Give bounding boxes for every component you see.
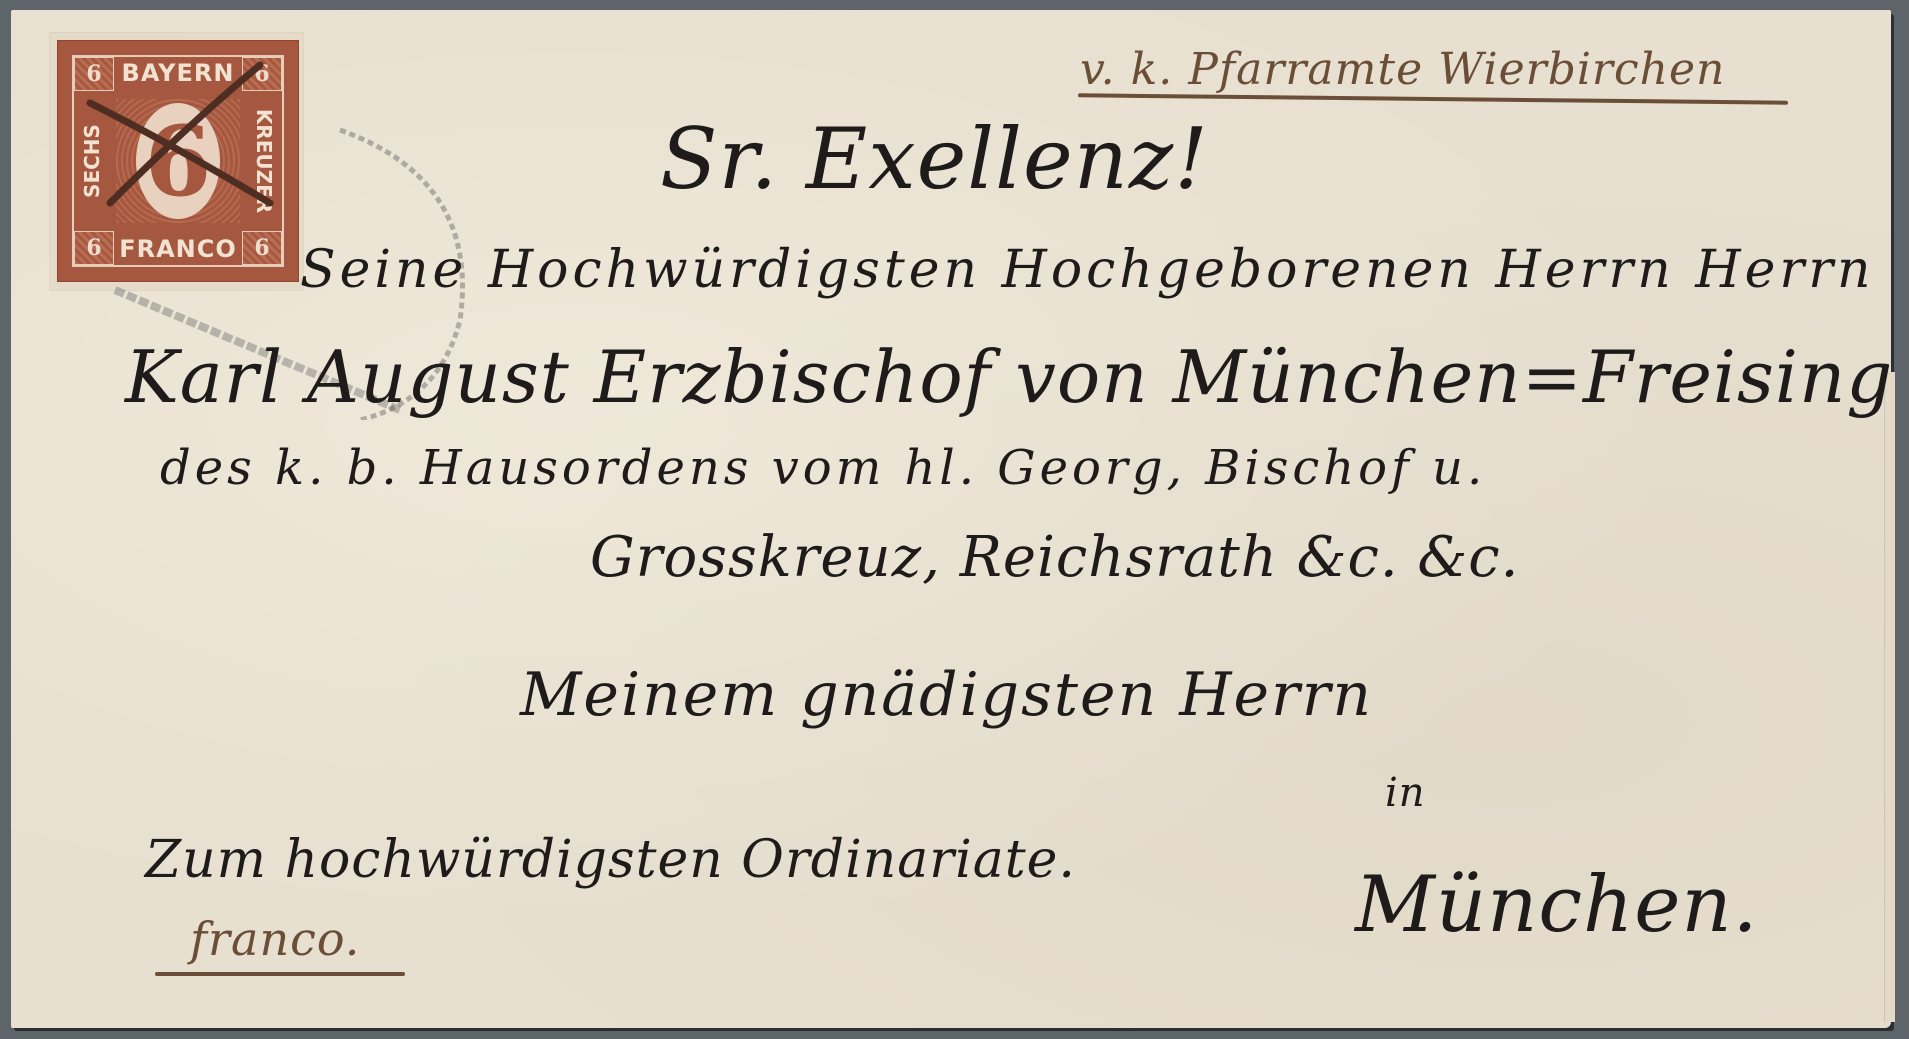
stamp-corner-numeral: 6 [74, 57, 114, 91]
address-line-3: des k. b. Hausordens vom hl. Georg, Bisc… [160, 440, 1486, 496]
stamp-corner-numeral: 6 [242, 57, 282, 91]
stamp-center: 6 [116, 99, 240, 223]
stamp-country-label: BAYERN [116, 57, 240, 89]
stamp-franco-label: FRANCO [116, 233, 240, 265]
stamp-corner-numeral: 6 [74, 231, 114, 265]
stamp-design: 6 6 6 6 BAYERN FRANCO SECHS KREUZER 6 [57, 40, 299, 282]
stamp-left-label: SECHS [76, 99, 108, 223]
top-note: v. k. Pfarramte Wierbirchen [1080, 44, 1725, 95]
sender-note: Zum hochwürdigsten Ordinariate. [145, 830, 1076, 890]
address-in: in [1385, 770, 1426, 816]
stamp-sechs-text: SECHS [80, 124, 104, 198]
stamp-value-numeral: 6 [136, 103, 220, 219]
address-line-1: Seine Hochwürdigsten Hochgeborenen Herrn… [300, 240, 1875, 300]
franco-underline [155, 972, 405, 976]
stamp-right-label: KREUZER [248, 99, 280, 223]
stamp-kreuzer-text: KREUZER [252, 109, 276, 213]
salutation: Sr. Exellenz! [660, 110, 1209, 208]
address-line-2: Karl August Erzbischof von München=Freis… [125, 335, 1893, 419]
franco-note: franco. [190, 912, 360, 966]
envelope-flap-edge [1884, 372, 1895, 1022]
address-line-5: Meinem gnädigsten Herrn [520, 660, 1373, 730]
destination-city: München. [1355, 860, 1758, 950]
stamp-corner-numeral: 6 [242, 231, 282, 265]
postage-stamp: 6 6 6 6 BAYERN FRANCO SECHS KREUZER 6 [50, 33, 303, 290]
address-line-4: Grosskreuz, Reichsrath &c. &c. [590, 525, 1519, 590]
